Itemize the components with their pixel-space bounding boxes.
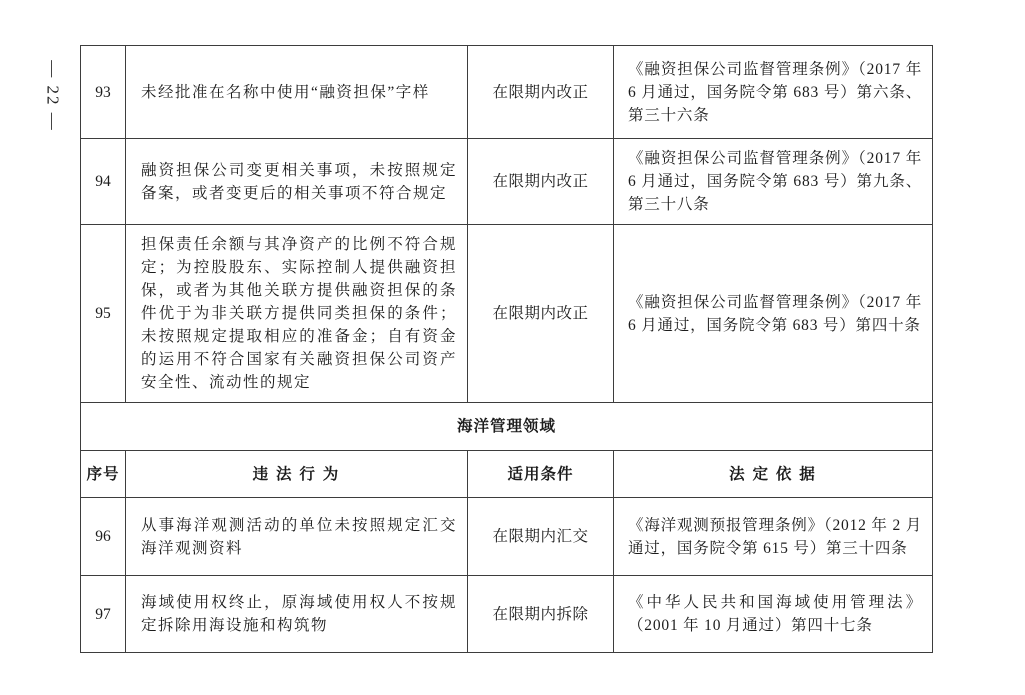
table-row: 93 未经批准在名称中使用“融资担保”字样 在限期内改正 《融资担保公司监督管理…	[81, 46, 933, 139]
condition-cell: 在限期内汇交	[468, 498, 614, 576]
col-header-condition: 适用条件	[468, 451, 614, 498]
condition-cell: 在限期内改正	[468, 225, 614, 403]
basis-cell: 《海洋观测预报管理条例》（2012 年 2 月通过，国务院令第 615 号）第三…	[614, 498, 933, 576]
table-row: 97 海域使用权终止，原海域使用权人不按规定拆除用海设施和构筑物 在限期内拆除 …	[81, 576, 933, 653]
seq-cell: 96	[81, 498, 126, 576]
condition-cell: 在限期内改正	[468, 46, 614, 139]
col-header-seq: 序号	[81, 451, 126, 498]
table-row: 96 从事海洋观测活动的单位未按照规定汇交海洋观测资料 在限期内汇交 《海洋观测…	[81, 498, 933, 576]
seq-cell: 93	[81, 46, 126, 139]
condition-cell: 在限期内拆除	[468, 576, 614, 653]
basis-cell: 《融资担保公司监督管理条例》（2017 年 6 月通过，国务院令第 683 号）…	[614, 139, 933, 225]
basis-cell: 《中华人民共和国海域使用管理法》（2001 年 10 月通过）第四十七条	[614, 576, 933, 653]
behavior-cell: 担保责任余额与其净资产的比例不符合规定；为控股股东、实际控制人提供融资担保，或者…	[126, 225, 468, 403]
col-header-behavior: 违 法 行 为	[126, 451, 468, 498]
seq-cell: 95	[81, 225, 126, 403]
behavior-cell: 融资担保公司变更相关事项，未按照规定备案，或者变更后的相关事项不符合规定	[126, 139, 468, 225]
condition-cell: 在限期内改正	[468, 139, 614, 225]
behavior-cell: 从事海洋观测活动的单位未按照规定汇交海洋观测资料	[126, 498, 468, 576]
table-row: 95 担保责任余额与其净资产的比例不符合规定；为控股股东、实际控制人提供融资担保…	[81, 225, 933, 403]
behavior-cell: 未经批准在名称中使用“融资担保”字样	[126, 46, 468, 139]
document-page: — 22 — 93 未经批准在名称中使用“融资担保”字样 在限期内改正 《融资担…	[0, 0, 1025, 695]
behavior-cell: 海域使用权终止，原海域使用权人不按规定拆除用海设施和构筑物	[126, 576, 468, 653]
column-header-row: 序号 违 法 行 为 适用条件 法 定 依 据	[81, 451, 933, 498]
seq-cell: 97	[81, 576, 126, 653]
table-row: 94 融资担保公司变更相关事项，未按照规定备案，或者变更后的相关事项不符合规定 …	[81, 139, 933, 225]
seq-cell: 94	[81, 139, 126, 225]
page-number: — 22 —	[43, 54, 63, 139]
basis-cell: 《融资担保公司监督管理条例》（2017 年 6 月通过，国务院令第 683 号）…	[614, 225, 933, 403]
regulation-table: 93 未经批准在名称中使用“融资担保”字样 在限期内改正 《融资担保公司监督管理…	[80, 45, 933, 653]
basis-cell: 《融资担保公司监督管理条例》（2017 年 6 月通过，国务院令第 683 号）…	[614, 46, 933, 139]
col-header-basis: 法 定 依 据	[614, 451, 933, 498]
section-header-row: 海洋管理领域	[81, 403, 933, 451]
section-header-cell: 海洋管理领域	[81, 403, 933, 451]
